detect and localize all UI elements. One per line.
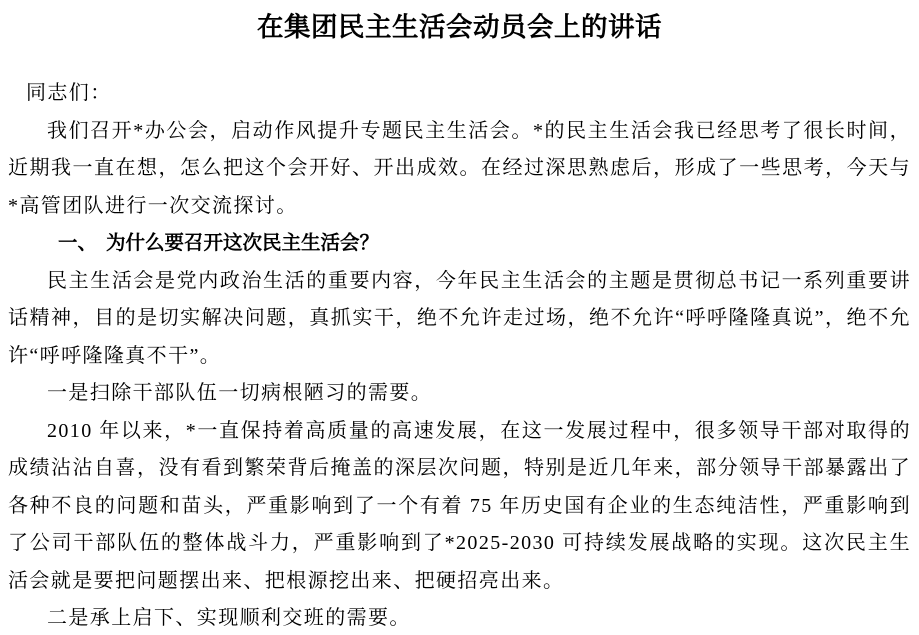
document-page: 在集团民主生活会动员会上的讲话 同志们： 我们召开*办公会，启动作风提升专题民主… (0, 0, 919, 635)
section-heading-number: 一、 (58, 232, 97, 254)
section-heading-1: 一、为什么要召开这次民主生活会？ (8, 225, 911, 263)
salutation-line: 同志们： (8, 75, 911, 113)
document-title: 在集团民主生活会动员会上的讲话 (8, 0, 911, 45)
paragraph-point-one: 一是扫除干部队伍一切病根陋习的需要。 (8, 375, 911, 413)
paragraph-meeting-theme: 民主生活会是党内政治生活的重要内容，今年民主生活会的主题是贯彻总书记一系列重要讲… (8, 263, 911, 376)
paragraph-point-two: 二是承上启下、实现顺利交班的需要。 (8, 600, 911, 635)
section-heading-text: 为什么要召开这次民主生活会？ (106, 232, 379, 254)
paragraph-opening: 我们召开*办公会，启动作风提升专题民主生活会。*的民主生活会我已经思考了很长时间… (8, 113, 911, 226)
paragraph-point-one-detail: 2010 年以来，*一直保持着高质量的高速发展，在这一发展过程中，很多领导干部对… (8, 413, 911, 601)
